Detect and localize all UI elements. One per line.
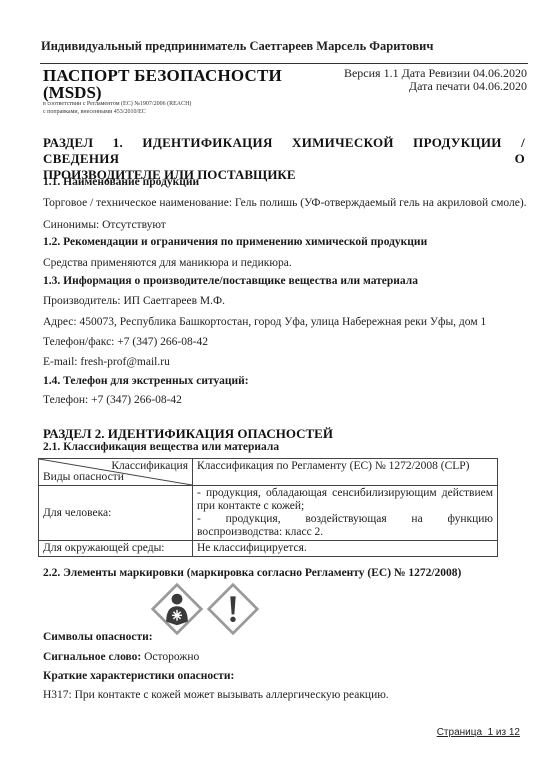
print-date: Дата печати 04.06.2020: [409, 79, 527, 94]
address: Адрес: 450073, Республика Башкортостан, …: [43, 316, 486, 328]
regulation-note-1: в соответствии с Регламентом (ЕС) №1907/…: [43, 101, 191, 107]
row-value-human: - продукция, обладающая сенсибилизирующи…: [193, 486, 498, 541]
signal-word-value: Осторожно: [144, 651, 199, 663]
classification-table: Классификация Виды опасности Классификац…: [38, 458, 498, 557]
human-hazard-2: - продукция, воздействующая на функцию в…: [197, 513, 493, 539]
subsection-1-4-title: 1.4. Телефон для экстренных ситуаций:: [43, 375, 249, 387]
trade-name: Торговое / техническое наименование: Гел…: [43, 197, 527, 209]
section-2-heading: РАЗДЕЛ 2. ИДЕНТИФИКАЦИЯ ОПАСНОСТЕЙ: [43, 426, 525, 442]
manufacturer: Производитель: ИП Саетгареев М.Ф.: [43, 295, 225, 307]
human-hazard-1: - продукция, обладающая сенсибилизирующи…: [197, 487, 493, 513]
header-diagonal-cell: Классификация Виды опасности: [39, 459, 193, 486]
signal-word-row: Сигнальное слово: Осторожно: [43, 651, 199, 663]
subsection-1-2-title: 1.2. Рекомендации и ограничения по приме…: [43, 236, 427, 248]
subsection-2-1-title: 2.1. Классификация вещества или материал…: [43, 441, 279, 453]
header-rule: [40, 63, 528, 64]
subsection-1-1-title: 1.1. Наименование продукции: [43, 176, 199, 188]
exclamation-mark-icon: [206, 582, 260, 636]
subsection-1-3-title: 1.3. Информация о производителе/поставщи…: [43, 275, 418, 287]
subsection-2-2-title: 2.2. Элементы маркировки (маркировка сог…: [43, 567, 461, 579]
row-value-environment: Не классифицируется.: [193, 541, 498, 557]
table-row: Для окружающей среды: Не классифицируетс…: [39, 541, 498, 557]
synonyms: Синонимы: Отсутствуют: [43, 219, 166, 231]
hazard-symbols-label: Символы опасности:: [43, 631, 153, 643]
section-1-heading-line1: РАЗДЕЛ 1. ИДЕНТИФИКАЦИЯ ХИМИЧЕСКОЙ ПРОДУ…: [43, 135, 525, 167]
signal-word-label: Сигнальное слово:: [43, 651, 141, 663]
table-row: Для человека: - продукция, обладающая се…: [39, 486, 498, 541]
hazard-statement-h317: H317: При контакте с кожей может вызыват…: [43, 689, 389, 701]
regulation-note-2: с поправками, внесенными 453/2010/ЕС: [43, 109, 146, 115]
header-hazard-types-label: Виды опасности: [43, 471, 124, 484]
phone-fax: Телефон/факс: +7 (347) 266-08-42: [43, 336, 208, 348]
emergency-phone: Телефон: +7 (347) 266-08-42: [43, 394, 182, 406]
document-subtitle: (MSDS): [43, 83, 102, 103]
row-label-environment: Для окружающей среды:: [39, 541, 193, 557]
row-label-human: Для человека:: [39, 486, 193, 541]
page-number: Страница 1 из 12: [437, 727, 520, 738]
health-hazard-icon: [150, 582, 204, 636]
hazard-statements-title: Краткие характеристики опасности:: [43, 670, 234, 682]
usage-text: Средства применяются для маникюра и педи…: [43, 257, 292, 269]
email: E-mail: fresh-prof@mail.ru: [43, 356, 170, 368]
table-header-row: Классификация Виды опасности Классификац…: [39, 459, 498, 486]
header-clp-column: Классификация по Регламенту (ЕС) № 1272/…: [193, 459, 498, 486]
company-name: Индивидуальный предприниматель Саетгарее…: [41, 39, 433, 54]
